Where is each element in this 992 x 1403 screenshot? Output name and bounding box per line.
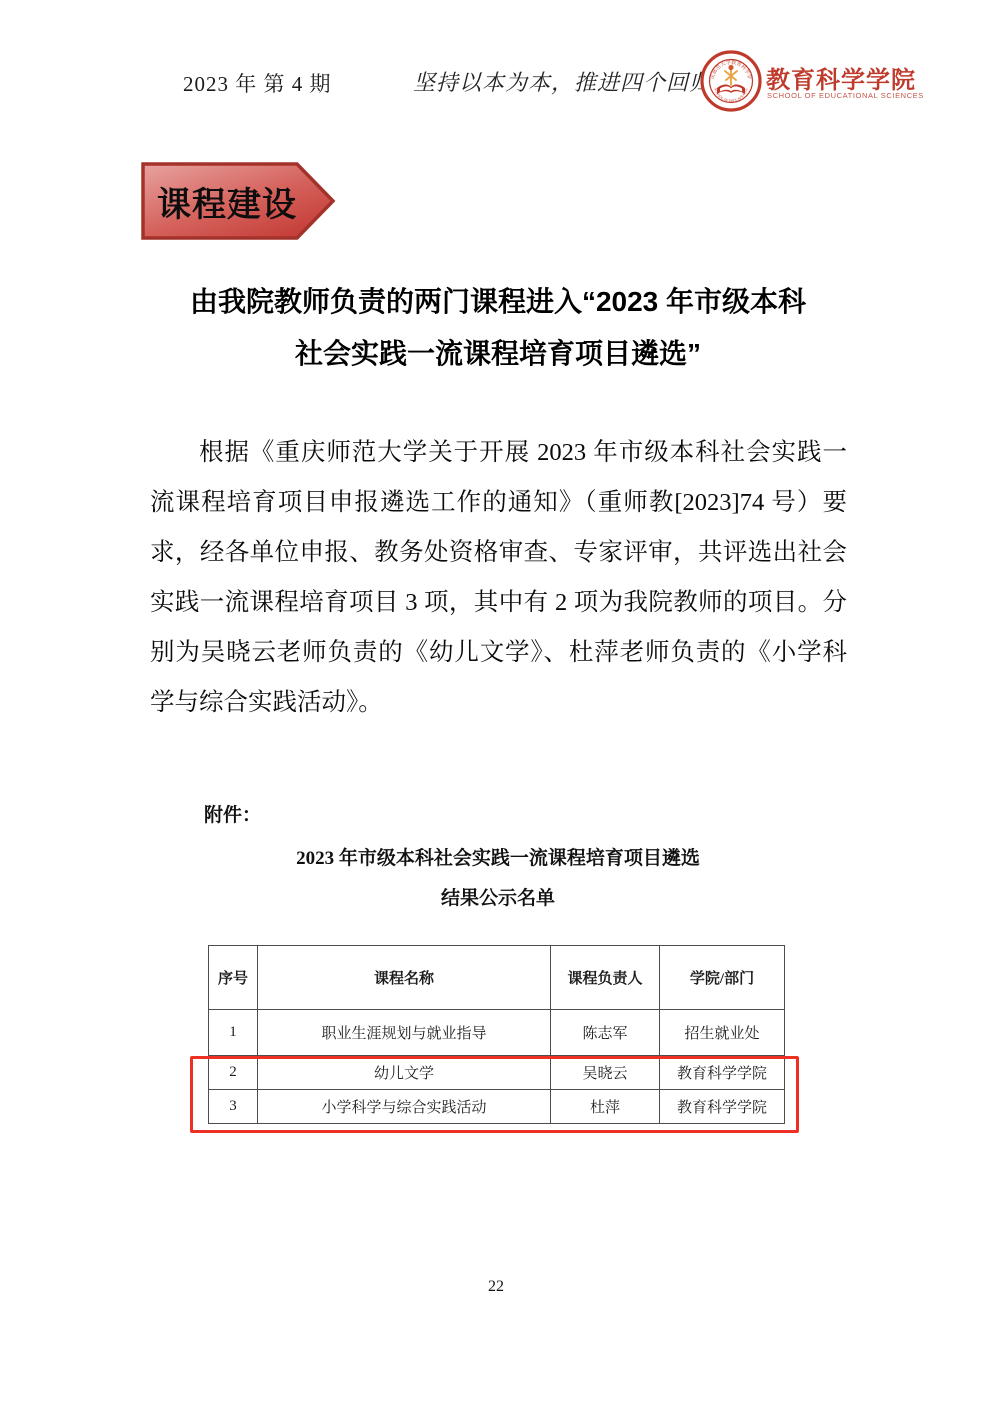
logo-en-wordmark: SCHOOL OF EDUCATIONAL SCIENCES	[767, 91, 924, 100]
col-header-course: 课程名称	[258, 946, 551, 1010]
logo-cn-wordmark: 教育科学学院	[766, 60, 916, 95]
body-line: 别为吴晓云老师负责的《幼儿文学》、杜萍老师负责的《小学科	[150, 628, 847, 678]
section-banner-label: 课程建设	[157, 162, 297, 240]
body-line: 根据《重庆师范大学关于开展 2023 年市级本科社会实践一	[150, 428, 847, 478]
newsletter-page: 2023 年 第 4 期 坚持以本为本，推进四个回归 重庆师范大学教育科学学院 …	[0, 0, 992, 1403]
result-table: 序号 课程名称 课程负责人 学院/部门 1 职业生涯规划与就业指导 陈志军 招生…	[208, 945, 785, 1124]
cell-dept: 教育科学学院	[660, 1056, 785, 1090]
body-line: 流课程培育项目申报遴选工作的通知》（重师教[2023]74 号）要	[150, 478, 847, 528]
cell-course: 幼儿文学	[258, 1056, 551, 1090]
table-title-line1: 2023 年市级本科社会实践一流课程培育项目遴选	[130, 843, 866, 870]
table-title-line2: 结果公示名单	[130, 883, 866, 910]
article-title-line2: 社会实践一流课程培育项目遴选”	[130, 328, 866, 380]
table-row: 2 幼儿文学 吴晓云 教育科学学院	[209, 1056, 785, 1090]
table-row: 3 小学科学与综合实践活动 杜萍 教育科学学院	[209, 1090, 785, 1124]
cell-leader: 陈志军	[551, 1010, 660, 1056]
col-header-leader: 课程负责人	[551, 946, 660, 1010]
cell-seq: 1	[209, 1010, 258, 1056]
cell-dept: 教育科学学院	[660, 1090, 785, 1124]
section-banner: 课程建设	[141, 162, 337, 240]
body-line: 学与综合实践活动》。	[150, 678, 847, 728]
college-seal-icon: 重庆师范大学教育科学学院 SCHOOL OF EDUCATIONAL	[700, 50, 762, 112]
body-line: 实践一流课程培育项目 3 项，其中有 2 项为我院教师的项目。分	[150, 578, 847, 628]
table-header-row: 序号 课程名称 课程负责人 学院/部门	[209, 946, 785, 1010]
col-header-seq: 序号	[209, 946, 258, 1010]
cell-seq: 2	[209, 1056, 258, 1090]
article-title: 由我院教师负责的两门课程进入“2023 年市级本科 社会实践一流课程培育项目遴选…	[130, 276, 866, 380]
article-title-line1: 由我院教师负责的两门课程进入“2023 年市级本科	[130, 276, 866, 328]
cell-dept: 招生就业处	[660, 1010, 785, 1056]
page-number: 22	[0, 1278, 992, 1296]
header-slogan: 坚持以本为本，推进四个回归	[413, 66, 712, 97]
issue-label: 2023 年 第 4 期	[183, 68, 332, 98]
cell-course: 小学科学与综合实践活动	[258, 1090, 551, 1124]
cell-course: 职业生涯规划与就业指导	[258, 1010, 551, 1056]
cell-leader: 吴晓云	[551, 1056, 660, 1090]
article-body: 根据《重庆师范大学关于开展 2023 年市级本科社会实践一 流课程培育项目申报遴…	[150, 428, 847, 728]
col-header-dept: 学院/部门	[660, 946, 785, 1010]
attachment-label: 附件：	[204, 800, 261, 827]
school-logo: 重庆师范大学教育科学学院 SCHOOL OF EDUCATIONAL 教育科学学…	[700, 50, 890, 116]
cell-leader: 杜萍	[551, 1090, 660, 1124]
table-row: 1 职业生涯规划与就业指导 陈志军 招生就业处	[209, 1010, 785, 1056]
cell-seq: 3	[209, 1090, 258, 1124]
body-line: 求，经各单位申报、教务处资格审查、专家评审，共评选出社会	[150, 528, 847, 578]
